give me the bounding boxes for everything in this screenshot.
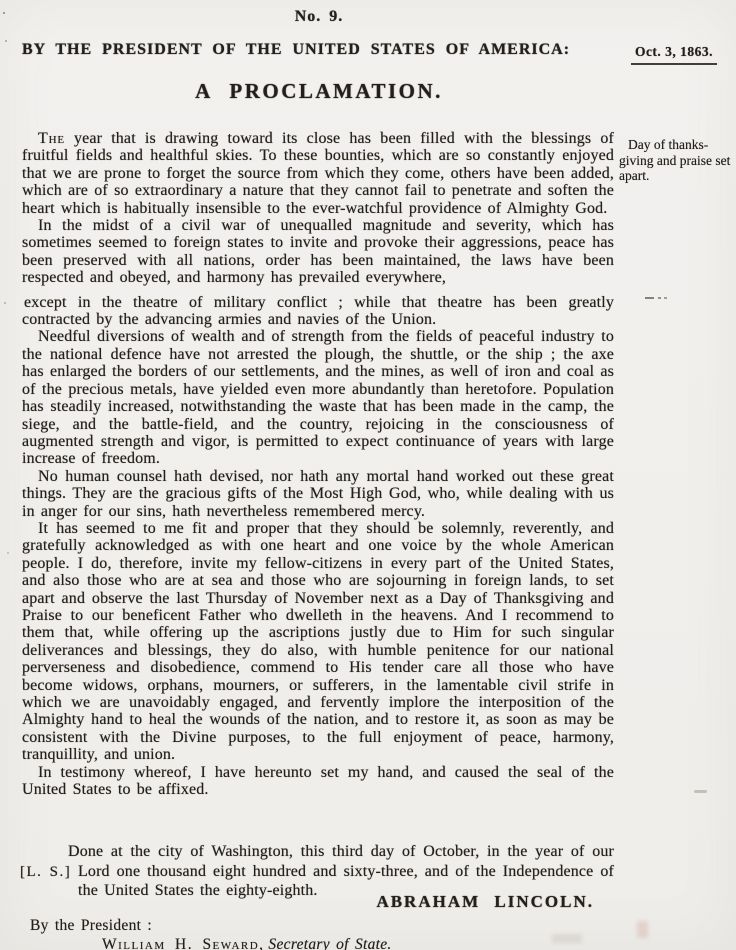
paragraph-opening: The year that is drawing toward its clos… <box>22 130 614 217</box>
paragraph-except-theatre: except in the theatre of military confli… <box>22 294 614 329</box>
scan-artifact-dash <box>645 297 654 299</box>
paragraph-testimony: In testimony whereof, I have hereunto se… <box>22 764 614 799</box>
date-text: Oct. 3, 1863. <box>631 44 717 65</box>
seward-countersignature: William H. Seward, Secretary of State. <box>102 936 392 950</box>
lead-word: The <box>38 130 65 147</box>
scan-artifact-faint-smudge <box>552 934 582 943</box>
paragraph-opening-text: year that is drawing toward its close ha… <box>22 130 614 217</box>
seal-mark: [L. S.] <box>20 863 71 883</box>
secretary-office: Secretary of State. <box>268 936 391 950</box>
document-number: No. 9. <box>22 8 616 26</box>
scan-artifact-smudge <box>694 790 707 793</box>
by-the-president-line: By the President : <box>30 917 152 935</box>
lincoln-signature: ABRAHAM LINCOLN. <box>22 892 614 912</box>
thanksgiving-margin-note: Day of thanks­giving and praise set apar… <box>619 137 732 184</box>
date-margin-note: Oct. 3, 1863. <box>616 43 732 65</box>
paragraph-no-human-counsel: No human counsel hath devised, nor hath … <box>22 468 614 520</box>
paragraph-needful-diversions: Needful diversions of wealth and of stre… <box>22 328 614 467</box>
document-body: The year that is drawing toward its clos… <box>22 130 614 844</box>
proclamation-document-page: No. 9. BY THE PRESIDENT OF THE UNITED ST… <box>0 0 736 950</box>
presidential-header: BY THE PRESIDENT OF THE UNITED STATES OF… <box>22 41 570 59</box>
paragraph-civil-war: In the midst of a civil war of unequalle… <box>22 217 614 287</box>
paragraph-invitation: It has seemed to me fit and proper that … <box>22 520 614 764</box>
scan-artifact-edge-speckles <box>3 12 5 14</box>
secretary-name: William H. Seward, <box>102 936 265 950</box>
proclamation-title: A PROCLAMATION. <box>22 79 616 104</box>
scan-artifact-pink-smudge <box>637 921 648 938</box>
